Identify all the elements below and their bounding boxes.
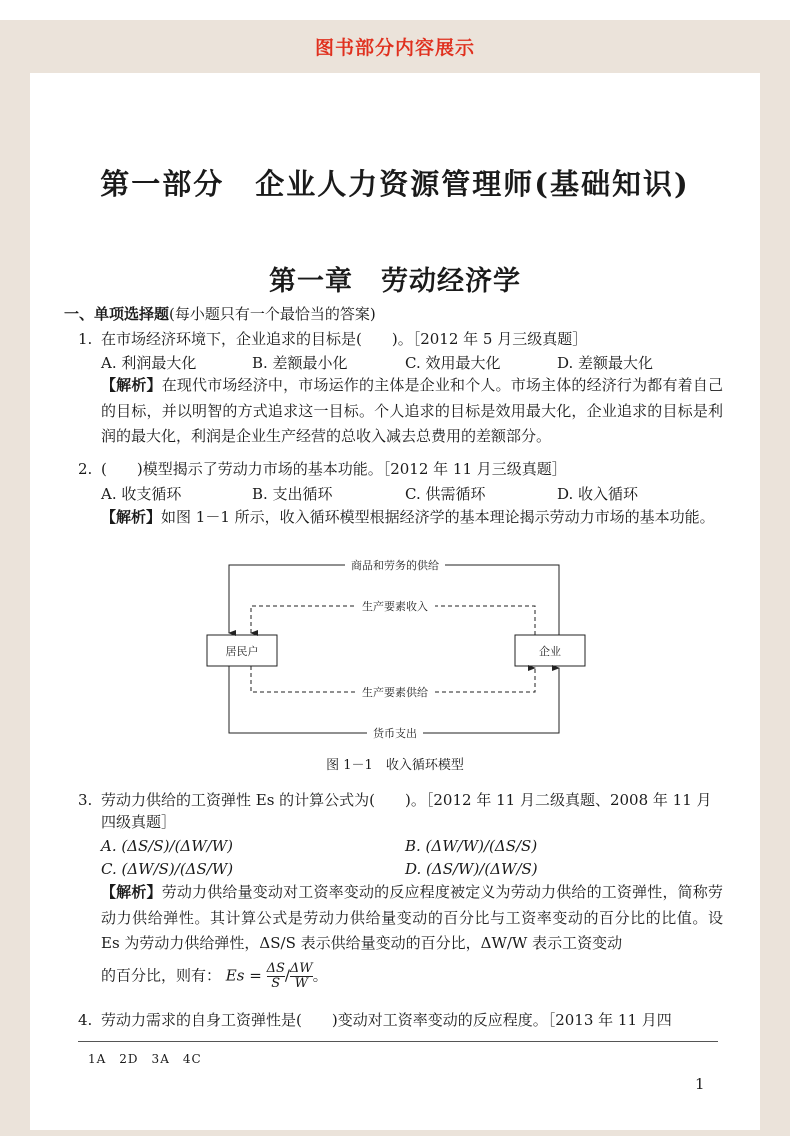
question-stem: ( )模型揭示了劳动力市场的基本功能。［2012 年 11 月三级真题］ bbox=[101, 459, 567, 479]
analysis: 【解析】如图 1－1 所示，收入循环模型根据经济学的基本理论揭示劳动力市场的基本… bbox=[101, 505, 723, 531]
banner-title: 图书部分内容展示 bbox=[0, 33, 790, 60]
answer-key: 1A 2D 3A 4C bbox=[88, 1050, 202, 1067]
analysis: 【解析】劳动力供给量变动对工资率变动的反应程度被定义为劳动力供给的工资弹性，简称… bbox=[101, 880, 723, 957]
option-a: A. 利润最大化 bbox=[101, 353, 196, 373]
analysis: 【解析】在现代市场经济中，市场运作的主体是企业和个人。市场主体的经济行为都有着自… bbox=[101, 373, 723, 450]
formula-fraction-2: ΔWW bbox=[290, 962, 313, 991]
option-a: A. 收支循环 bbox=[101, 484, 181, 504]
question-number: 1. bbox=[78, 329, 92, 349]
option-b: B. (ΔW/W)/(ΔS/S) bbox=[405, 836, 537, 856]
analysis-text: 在现代市场经济中，市场运作的主体是企业和个人。市场主体的经济行为都有着自己的目标… bbox=[101, 376, 723, 445]
flow-factor-income: 生产要素收入 bbox=[362, 599, 428, 613]
firm-label: 企业 bbox=[539, 644, 561, 658]
question-stem-line1: 劳动力供给的工资弹性 Es 的计算公式为( )。［2012 年 11 月二级真题… bbox=[101, 790, 712, 810]
question-number: 2. bbox=[78, 459, 92, 479]
option-d: D. 差额最大化 bbox=[557, 353, 653, 373]
question-number: 3. bbox=[78, 790, 92, 810]
analysis-label: 【解析】 bbox=[101, 883, 162, 901]
formula-lhs: Es = bbox=[226, 967, 262, 985]
question-stem: 劳动力需求的自身工资弹性是( )变动对工资率变动的反应程度。［2013 年 11… bbox=[101, 1010, 672, 1030]
option-b: B. 差额最小化 bbox=[252, 353, 348, 373]
figure-caption: 图 1－1 收入循环模型 bbox=[0, 756, 790, 776]
household-label: 居民户 bbox=[226, 644, 259, 658]
formula-fraction-1: ΔSS bbox=[267, 962, 285, 991]
chapter-title: 第一章 劳动经济学 bbox=[0, 259, 790, 298]
question-stem: 在市场经济环境下，企业追求的目标是( )。［2012 年 5 月三级真题］ bbox=[101, 329, 587, 349]
section-heading: 一、单项选择题(每小题只有一个最恰当的答案) bbox=[64, 304, 376, 324]
analysis-text: 如图 1－1 所示，收入循环模型根据经济学的基本理论揭示劳动力市场的基本功能。 bbox=[161, 508, 715, 526]
analysis-label: 【解析】 bbox=[101, 376, 162, 394]
income-circulation-diagram: 居民户 企业 商品和劳务的供给 生产要素收入 生产要素供给 货币支出 bbox=[195, 555, 605, 755]
option-c: C. 效用最大化 bbox=[405, 353, 500, 373]
option-d: D. (ΔS/W)/(ΔW/S) bbox=[405, 859, 538, 879]
part-title: 第一部分 企业人力资源管理师(基础知识) bbox=[0, 162, 790, 203]
analysis-text: 劳动力供给量变动对工资率变动的反应程度被定义为劳动力供给的工资弹性，简称劳动力供… bbox=[101, 883, 723, 952]
footnote-divider bbox=[78, 1041, 718, 1042]
analysis-label: 【解析】 bbox=[101, 508, 161, 526]
question-number: 4. bbox=[78, 1010, 92, 1030]
flow-factor-supply: 生产要素供给 bbox=[362, 685, 428, 699]
section-note: (每小题只有一个最恰当的答案) bbox=[169, 305, 376, 323]
page-number: 1 bbox=[695, 1075, 705, 1093]
option-a: A. (ΔS/S)/(ΔW/W) bbox=[101, 836, 233, 856]
flow-money-expenditure: 货币支出 bbox=[373, 726, 417, 740]
question-stem-line2: 四级真题］ bbox=[101, 812, 176, 832]
option-b: B. 支出循环 bbox=[252, 484, 333, 504]
option-d: D. 收入循环 bbox=[557, 484, 638, 504]
option-c: C. 供需循环 bbox=[405, 484, 485, 504]
section-label: 一、单项选择题 bbox=[64, 305, 169, 323]
analysis-formula-line: 的百分比，则有： Es = ΔSS/ΔWW。 bbox=[101, 962, 328, 991]
flow-goods-services: 商品和劳务的供给 bbox=[351, 558, 439, 572]
analysis-tail: 的百分比，则有： bbox=[101, 967, 221, 985]
option-c: C. (ΔW/S)/(ΔS/W) bbox=[101, 859, 233, 879]
